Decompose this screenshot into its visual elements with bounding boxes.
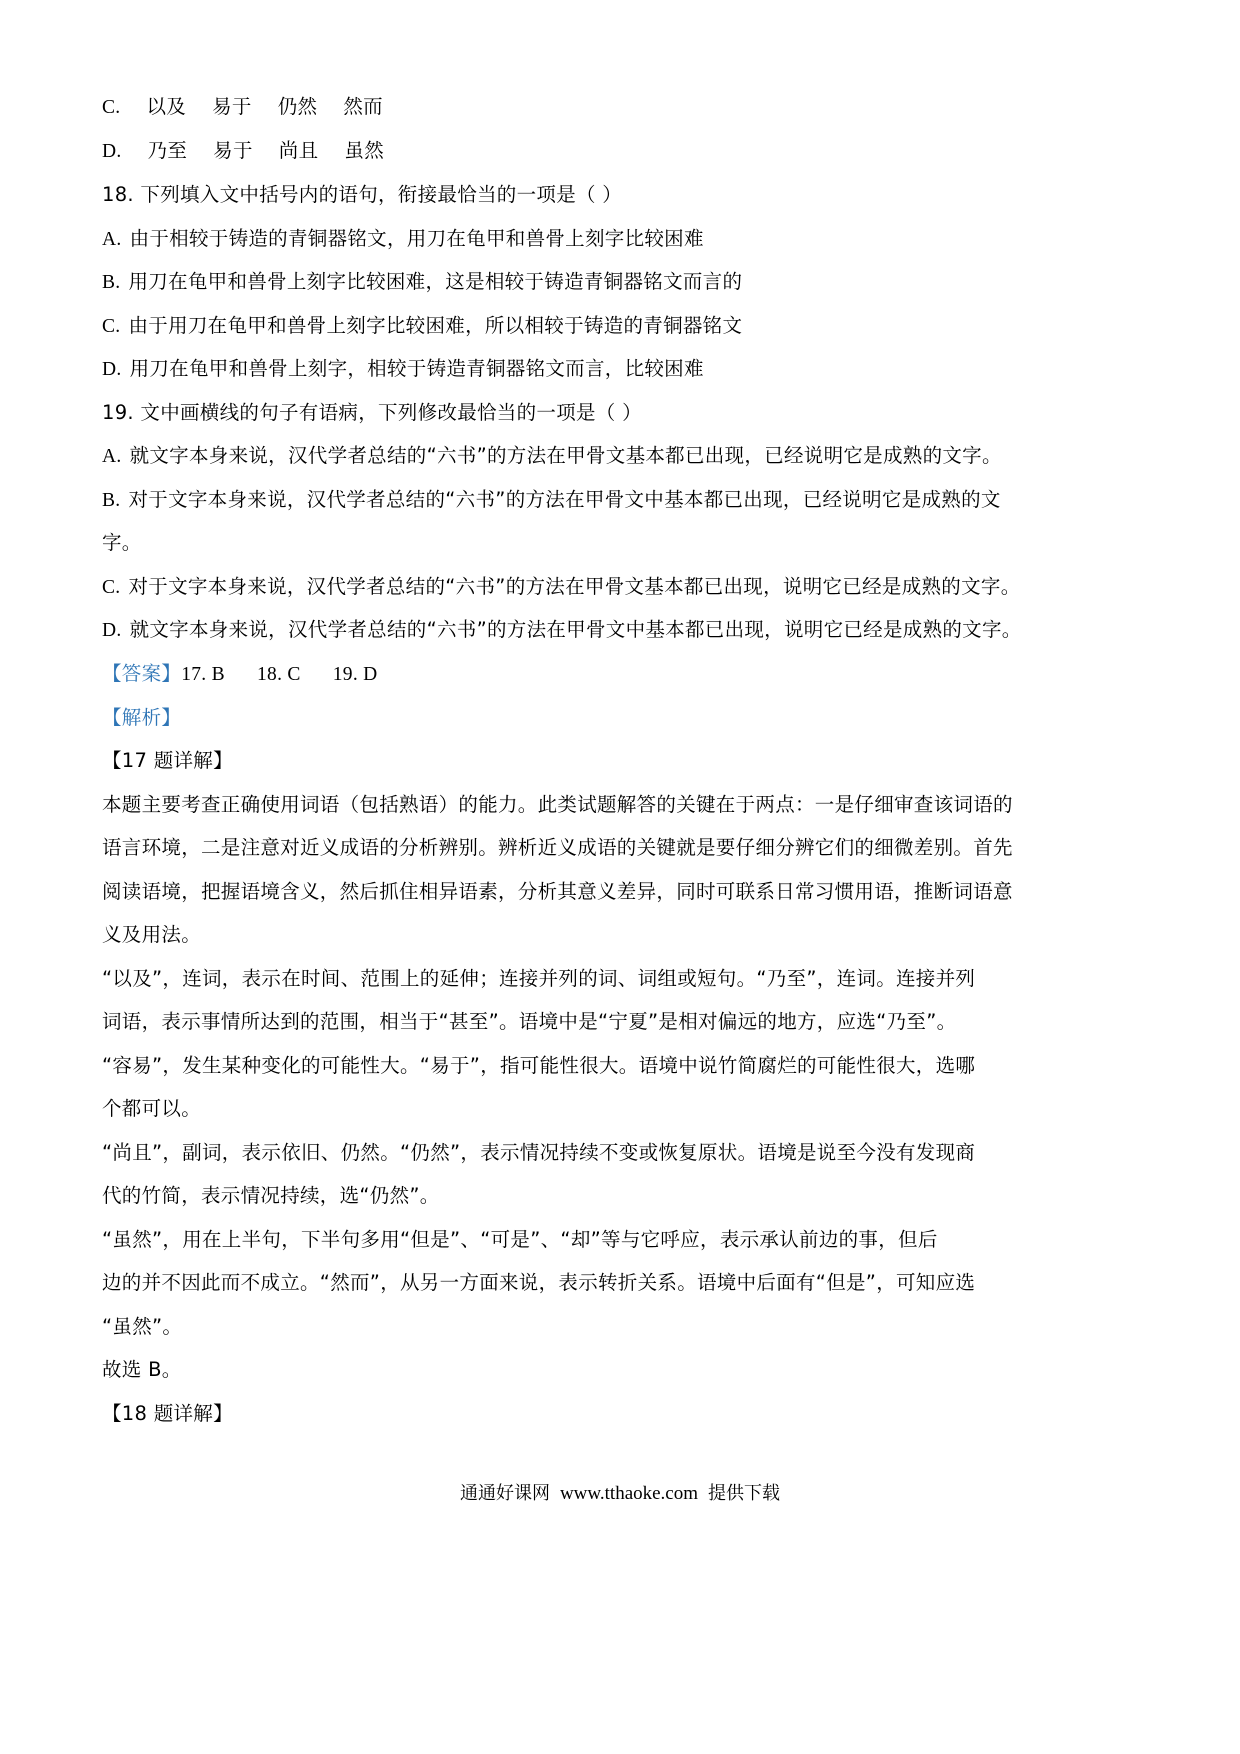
analysis-paragraph-line: 义及用法。 — [102, 922, 201, 948]
analysis-paragraph-line: 阅读语境，把握语境含义，然后抓住相异语素，分析其意义差异，同时可联系日常习惯用语… — [102, 879, 1013, 905]
q17-detail-heading: 【17 题详解】 — [102, 748, 233, 774]
analysis-paragraph-line: 个都可以。 — [102, 1096, 201, 1122]
q19-option-b: B.对于文字本身来说，汉代学者总结的“六书”的方法在甲骨文中基本都已出现，已经说… — [102, 487, 1001, 514]
analysis-paragraph-line: 代的竹简，表示情况持续，选“仍然”。 — [102, 1183, 440, 1209]
option-letter: A. — [102, 446, 122, 467]
option-letter: C. — [102, 577, 120, 598]
analysis-paragraph-line: “尚且”，副词，表示依旧、仍然。“仍然”，表示情况持续不变或恢复原状。语境是说至… — [102, 1140, 975, 1166]
option-text: 用刀在龟甲和兽骨上刻字，相较于铸造青铜器铭文而言，比较困难 — [130, 357, 704, 380]
analysis-paragraph-line: 词语，表示事情所达到的范围，相当于“甚至”。语境中是“宁夏”是相对偏远的地方，应… — [102, 1009, 956, 1035]
q19-stem: 19. 文中画横线的句子有语病，下列修改最恰当的一项是（ ） — [102, 400, 642, 426]
option-word: 易于 — [213, 138, 253, 164]
option-text: 对于文字本身来说，汉代学者总结的“六书”的方法在甲骨文基本都已出现，说明它已经是… — [128, 575, 1020, 598]
option-letter: D. — [102, 359, 122, 380]
option-letter: A. — [102, 229, 122, 250]
analysis-paragraph-line: “虽然”，用在上半句，下半句多用“但是”、“可是”、“却”等与它呼应，表示承认前… — [102, 1227, 938, 1253]
option-word: 易于 — [212, 94, 252, 120]
option-text: 对于文字本身来说，汉代学者总结的“六书”的方法在甲骨文中基本都已出现，已经说明它… — [128, 488, 1000, 511]
answer-item: 18. C — [257, 664, 301, 685]
footer-site-name: 通通好课网 — [460, 1483, 550, 1504]
q18-option-a: A.由于相较于铸造的青铜器铭文，用刀在龟甲和兽骨上刻字比较困难 — [102, 226, 704, 253]
footer-url: www.tthaoke.com — [560, 1483, 698, 1504]
option-letter: D. — [102, 139, 122, 165]
q18-option-d: D.用刀在龟甲和兽骨上刻字，相较于铸造青铜器铭文而言，比较困难 — [102, 356, 704, 383]
answer-line: 【答案】17. B18. C19. D — [102, 661, 410, 688]
option-word: 然而 — [343, 94, 383, 120]
q19-option-d: D.就文字本身来说，汉代学者总结的“六书”的方法在甲骨文中基本都已出现，说明它已… — [102, 617, 1022, 644]
analysis-paragraph-line: 边的并不因此而不成立。“然而”，从另一方面来说，表示转折关系。语境中后面有“但是… — [102, 1270, 975, 1296]
q17-option-c: C.以及易于仍然然而 — [102, 94, 409, 121]
option-letter: C. — [102, 95, 120, 121]
analysis-label: 【解析】 — [102, 705, 181, 731]
option-text: 就文字本身来说，汉代学者总结的“六书”的方法在甲骨文基本都已出现，已经说明它是成… — [130, 444, 1002, 467]
q19-option-c: C.对于文字本身来说，汉代学者总结的“六书”的方法在甲骨文基本都已出现，说明它已… — [102, 574, 1021, 601]
option-letter: B. — [102, 490, 120, 511]
analysis-paragraph-line: 本题主要考查正确使用词语（包括熟语）的能力。此类试题解答的关键在于两点：一是仔细… — [102, 792, 1013, 818]
analysis-paragraph-line: “虽然”。 — [102, 1314, 182, 1340]
option-text: 由于用刀在龟甲和兽骨上刻字比较困难，所以相较于铸造的青铜器铭文 — [128, 314, 742, 337]
page-footer: 通通好课网www.tthaoke.com提供下载 — [0, 1479, 1240, 1505]
analysis-paragraph-line: “容易”，发生某种变化的可能性大。“易于”，指可能性很大。语境中说竹简腐烂的可能… — [102, 1053, 975, 1079]
analysis-paragraph-line: 语言环境，二是注意对近义成语的分析辨别。辨析近义成语的关键就是要仔细分辨它们的细… — [102, 835, 1013, 861]
q18-option-b: B.用刀在龟甲和兽骨上刻字比较困难，这是相较于铸造青铜器铭文而言的 — [102, 269, 742, 296]
q19-option-b-continuation: 字。 — [102, 530, 142, 556]
footer-suffix: 提供下载 — [708, 1483, 780, 1504]
q17-option-d: D.乃至易于尚且虽然 — [102, 138, 410, 165]
q18-option-c: C.由于用刀在龟甲和兽骨上刻字比较困难，所以相较于铸造的青铜器铭文 — [102, 313, 742, 340]
q18-detail-heading: 【18 题详解】 — [102, 1401, 233, 1427]
option-word: 以及 — [146, 94, 186, 120]
option-word: 虽然 — [344, 138, 384, 164]
option-word: 仍然 — [278, 94, 318, 120]
option-letter: D. — [102, 620, 122, 641]
answer-item: 19. D — [333, 664, 378, 685]
option-letter: B. — [102, 272, 120, 293]
answer-label: 【答案】 — [102, 662, 181, 685]
document-page: C.以及易于仍然然而 D.乃至易于尚且虽然 18. 下列填入文中括号内的语句，衔… — [0, 0, 1240, 1754]
option-text: 就文字本身来说，汉代学者总结的“六书”的方法在甲骨文中基本都已出现，说明它已经是… — [130, 618, 1022, 641]
option-word: 乃至 — [148, 138, 188, 164]
q19-option-a: A.就文字本身来说，汉代学者总结的“六书”的方法在甲骨文基本都已出现，已经说明它… — [102, 443, 1002, 470]
option-text: 用刀在龟甲和兽骨上刻字比较困难，这是相较于铸造青铜器铭文而言的 — [128, 270, 742, 293]
answer-item: 17. B — [181, 664, 225, 685]
option-word: 尚且 — [279, 138, 319, 164]
option-text: 由于相较于铸造的青铜器铭文，用刀在龟甲和兽骨上刻字比较困难 — [130, 227, 704, 250]
option-letter: C. — [102, 316, 120, 337]
analysis-conclusion: 故选 B。 — [102, 1357, 182, 1383]
analysis-paragraph-line: “以及”，连词，表示在时间、范围上的延伸；连接并列的词、词组或短句。“乃至”，连… — [102, 966, 975, 992]
q18-stem: 18. 下列填入文中括号内的语句，衔接最恰当的一项是（ ） — [102, 182, 622, 208]
